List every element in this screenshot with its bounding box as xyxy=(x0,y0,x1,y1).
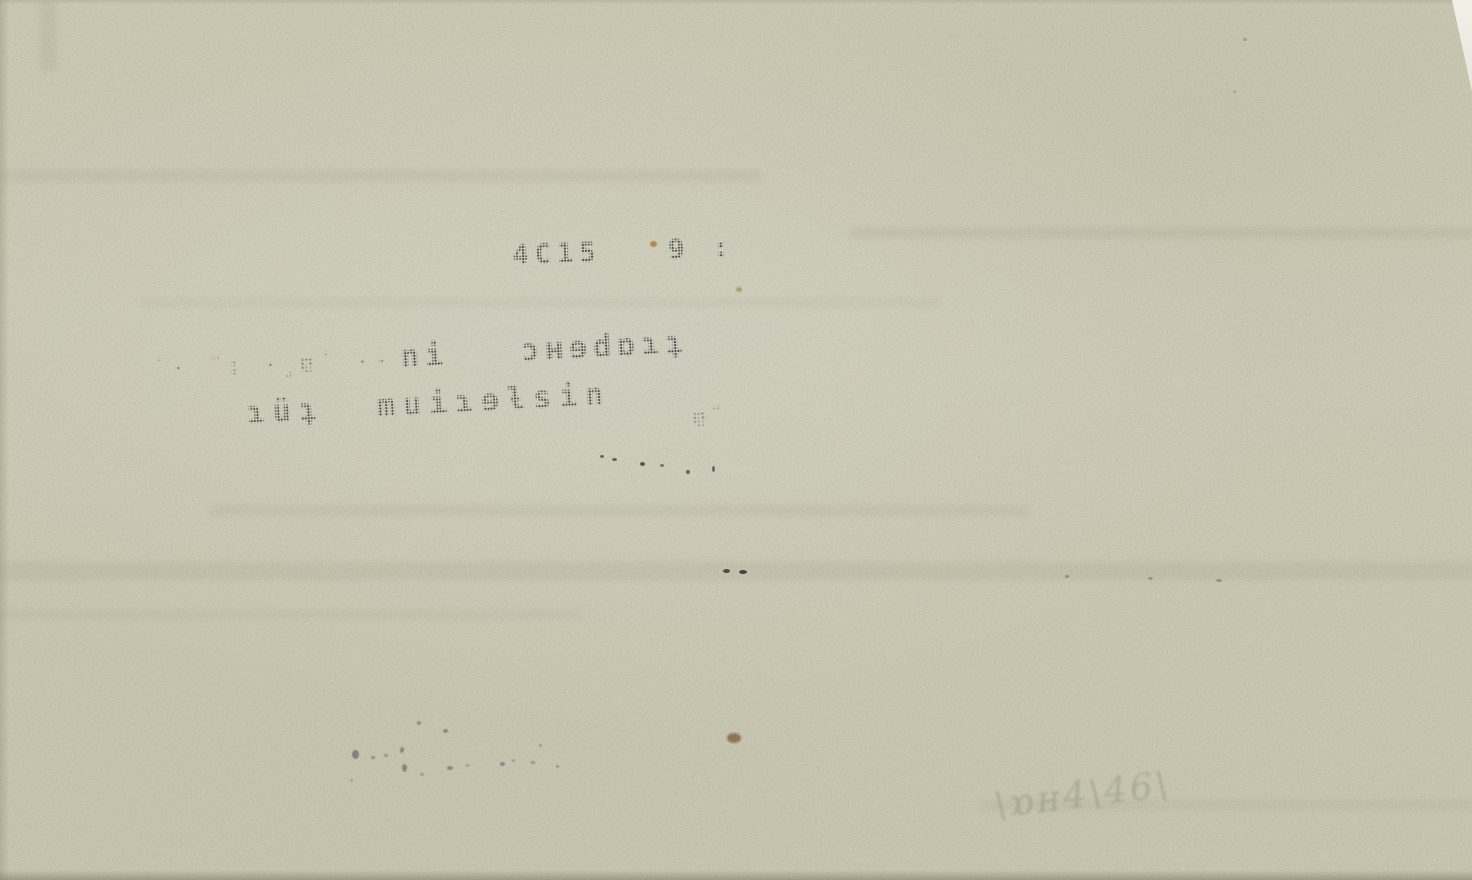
dust-speck xyxy=(1233,90,1236,93)
pencil-smudge-dot xyxy=(466,764,469,767)
line2-tail-offset: ɐ¨ xyxy=(692,402,726,432)
stamp-ink-offset: 4C15 9 : xyxy=(512,232,736,271)
pencil-smudge-dot xyxy=(531,761,535,764)
dust-speck xyxy=(1065,575,1069,578)
pencil-smudge-dot xyxy=(500,762,505,766)
pencil-smudge-dot xyxy=(556,765,559,768)
pencil-smudge-dot xyxy=(402,764,407,772)
pencil-smudge-dot xyxy=(400,747,404,753)
handwriting-ghost: \ɒʜ4\46\ xyxy=(992,764,1173,826)
dust-speck xyxy=(1243,38,1247,41)
foxing-speck-tan xyxy=(736,287,742,292)
ink-dot-trail xyxy=(686,470,690,474)
paper-grain-texture xyxy=(0,0,1472,880)
scan-streak-vertical xyxy=(40,0,56,72)
paper-top-edge-shadow xyxy=(0,0,1472,4)
pencil-smudge-dot xyxy=(384,754,388,757)
ink-dot-trail xyxy=(712,466,715,472)
ink-dash xyxy=(723,569,730,573)
pencil-smudge-dot xyxy=(420,773,424,776)
pencil-smudge-dot xyxy=(443,729,448,733)
foxing-speck-brown xyxy=(727,733,741,743)
scan-background-corner xyxy=(1452,0,1472,92)
line1-main-offset: ni ɔʜɘdɒɿʇ xyxy=(400,325,690,375)
scan-shadow-band xyxy=(850,228,1472,238)
scan-shadow-band xyxy=(0,170,760,182)
ink-dash xyxy=(739,570,747,574)
scan-shadow-band xyxy=(140,298,940,307)
pencil-smudge-dot xyxy=(512,759,515,762)
ink-dot-trail xyxy=(640,462,645,466)
ink-dot-trail xyxy=(600,455,604,458)
scanned-document-page: 4C15 9 :˙· ¨: ·¸ɐ˙ ··ni ɔʜɘdɒɿʇɿüʇ muiɿɘ… xyxy=(0,0,1472,880)
scan-shadow-band xyxy=(0,562,1472,580)
paper-left-edge-shadow xyxy=(0,0,9,880)
line2-main-offset: ɿüʇ muiɿɘƚsin xyxy=(246,377,612,431)
dust-speck xyxy=(1216,579,1222,582)
pencil-smudge-dot xyxy=(447,766,453,770)
pencil-smudge-dot xyxy=(350,779,353,782)
pencil-smudge-dot xyxy=(352,750,359,759)
line1-faint-offset: ˙· ¨: ·¸ɐ˙ ·· xyxy=(152,347,393,383)
dust-speck xyxy=(1148,577,1153,580)
pencil-smudge-dot xyxy=(417,721,421,725)
pencil-smudge-dot xyxy=(539,744,542,747)
ink-dot-trail xyxy=(612,458,617,461)
scan-shadow-band xyxy=(980,800,1472,810)
paper-bottom-edge-shadow xyxy=(0,870,1472,880)
scan-shadow-band xyxy=(210,505,1030,516)
foxing-speck-orange xyxy=(650,241,657,247)
pencil-smudge-dot xyxy=(371,756,375,759)
scan-shadow-band xyxy=(0,610,580,619)
ink-dot-trail xyxy=(660,464,664,467)
